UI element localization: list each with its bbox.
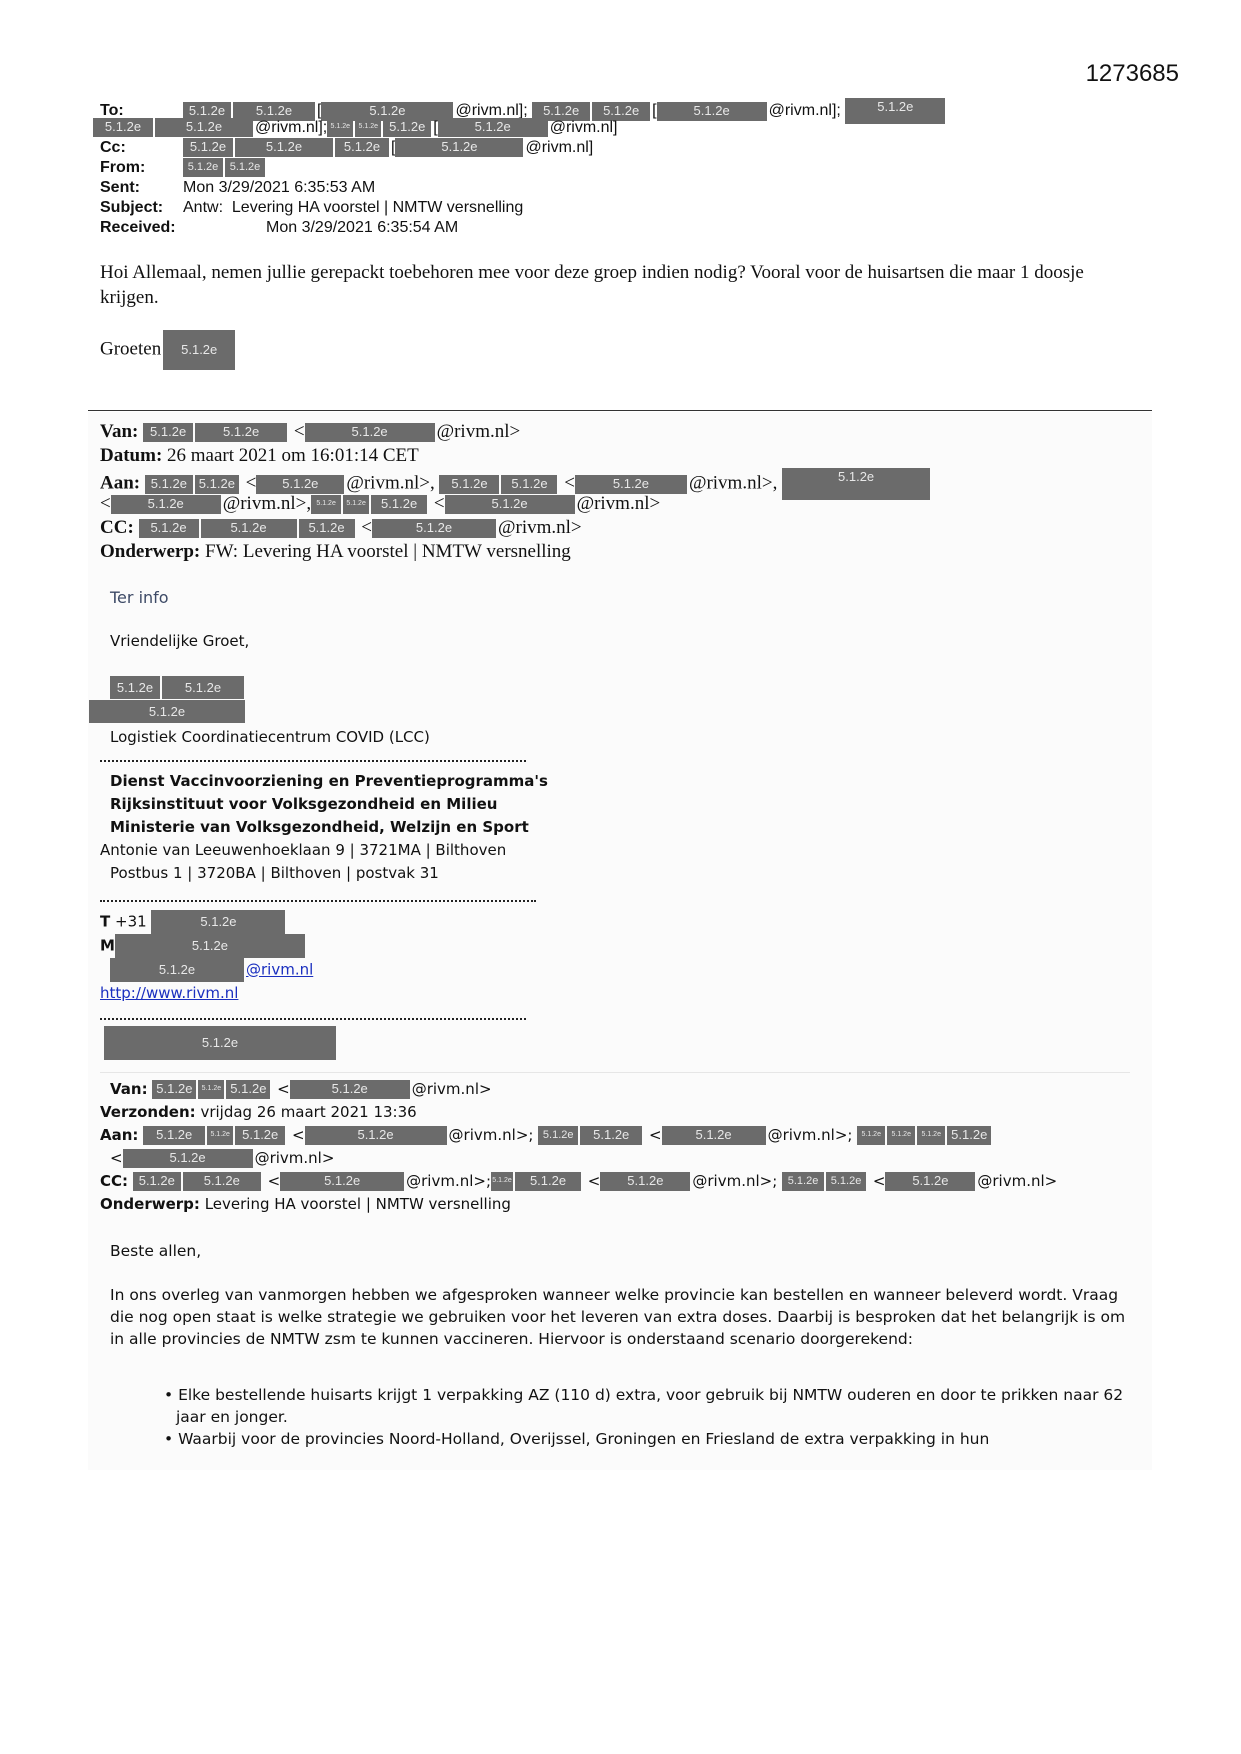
- document-number: 1273685: [1086, 60, 1179, 88]
- email2-cc-row: CC: 5.1.2e5.1.2e5.1.2e <5.1.2e@rivm.nl>: [100, 516, 582, 539]
- separator-line: [88, 410, 1152, 411]
- email3-bullets: • Elke bestellende huisarts krijgt 1 ver…: [110, 1384, 1140, 1450]
- redaction: 5.1.2e: [145, 475, 193, 494]
- email-domain: @rivm.nl>: [577, 493, 661, 514]
- redaction: 5.1.2e: [299, 519, 355, 538]
- redaction: 5.1.2e: [151, 910, 285, 934]
- redaction: 5.1.2e: [600, 1172, 690, 1191]
- subject-value: Levering HA voorstel | NMTW versnelling: [205, 1195, 511, 1213]
- redaction: 5.1.2e: [183, 158, 223, 177]
- email2-from-row: Van: 5.1.2e5.1.2e <5.1.2e@rivm.nl>: [100, 420, 520, 443]
- email-domain: @rivm.nl>;: [692, 1172, 777, 1190]
- received-label: Received:: [100, 218, 266, 238]
- email3-from-row: Van: 5.1.2e5.1.2e5.1.2e <5.1.2e@rivm.nl>: [110, 1078, 492, 1101]
- email-domain: @rivm.nl>;: [768, 1126, 853, 1144]
- email-domain: @rivm.nl>;: [406, 1172, 491, 1190]
- dotted-divider: [100, 900, 536, 902]
- redaction: 5.1.2e: [335, 138, 389, 157]
- signature-org-1: Dienst Vaccinvoorziening en Preventiepro…: [110, 770, 548, 793]
- redaction: 5.1.2e: [123, 1149, 253, 1168]
- redaction: 5.1.2e: [235, 138, 333, 157]
- email3-paragraph: In ons overleg van vanmorgen hebben we a…: [110, 1284, 1140, 1350]
- email2-greeting: Vriendelijke Groet,: [110, 630, 249, 653]
- separator-line: [100, 1072, 1130, 1073]
- email1-subject-row: Subject:Antw: Levering HA voorstel | NMT…: [100, 198, 523, 218]
- bullet-text: Elke bestellende huisarts krijgt 1 verpa…: [176, 1386, 1123, 1426]
- signature-org-2: Rijksinstituut voor Volksgezondheid en M…: [110, 793, 497, 816]
- email1-cc-row: Cc:5.1.2e5.1.2e5.1.2e[5.1.2e@rivm.nl]: [100, 138, 593, 158]
- email-domain: @rivm.nl];: [769, 102, 841, 119]
- cc-label: CC:: [100, 517, 134, 538]
- redaction: 5.1.2e: [93, 118, 153, 137]
- redaction: 5.1.2e: [183, 138, 233, 157]
- email2-to-row2: <5.1.2e@rivm.nl>,5.1.2e5.1.2e5.1.2e <5.1…: [100, 492, 660, 515]
- email-domain: @rivm.nl>,: [346, 472, 434, 493]
- email-domain: @rivm.nl>: [255, 1149, 335, 1167]
- redaction: 5.1.2e: [305, 423, 435, 442]
- email-domain: @rivm.nl>: [412, 1080, 492, 1098]
- redaction: 5.1.2e: [256, 475, 344, 494]
- signature-org-3: Ministerie van Volksgezondheid, Welzijn …: [110, 816, 529, 839]
- sent-value: vrijdag 26 maart 2021 13:36: [200, 1103, 416, 1121]
- redaction: 5.1.2e: [280, 1172, 404, 1191]
- redaction: 5.1.2e: [826, 1172, 866, 1191]
- redaction: 5.1.2e: [143, 1126, 205, 1145]
- subject-value: FW: Levering HA voorstel | NMTW versnell…: [205, 541, 571, 562]
- redaction: 5.1.2e: [662, 1126, 766, 1145]
- email-domain: @rivm.nl];: [455, 102, 527, 119]
- email2-date-row: Datum: 26 maart 2021 om 16:01:14 CET: [100, 444, 419, 467]
- redaction: 5.1.2e: [133, 1172, 181, 1191]
- redaction: 5.1.2e: [183, 1172, 261, 1191]
- to-label: Aan:: [100, 472, 140, 493]
- from-label: From:: [100, 158, 183, 178]
- subject-label: Onderwerp:: [100, 1195, 200, 1213]
- email1-from-row: From:5.1.2e5.1.2e: [100, 158, 267, 178]
- email3-subject-row: Onderwerp: Levering HA voorstel | NMTW v…: [100, 1193, 511, 1216]
- redaction: 5.1.2e: [782, 1172, 824, 1191]
- email-domain: @rivm.nl>: [977, 1172, 1057, 1190]
- email3-to-row2: <5.1.2e@rivm.nl>: [110, 1147, 334, 1170]
- email-domain: @rivm.nl>: [437, 421, 521, 442]
- redaction: 5.1.2e: [445, 495, 575, 514]
- signature-phone: T +31 5.1.2e: [100, 910, 287, 934]
- signature-email: 5.1.2e@rivm.nl: [110, 958, 313, 982]
- cc-label: Cc:: [100, 138, 183, 158]
- email-domain: @rivm.nl>,: [689, 472, 777, 493]
- phone-prefix: +31: [115, 913, 147, 931]
- redaction: 5.1.2e: [139, 519, 199, 538]
- from-label: Van:: [100, 421, 138, 442]
- email-domain: @rivm.nl]: [525, 139, 593, 156]
- redaction: 5.1.2e: [290, 1080, 410, 1099]
- email-domain: @rivm.nl>,: [223, 493, 311, 514]
- email-domain: @rivm.nl>;: [449, 1126, 534, 1144]
- signature-mobile: M5.1.2e: [100, 934, 307, 958]
- email3-to-row: Aan: 5.1.2e5.1.2e5.1.2e <5.1.2e@rivm.nl>…: [100, 1124, 993, 1147]
- redaction: 5.1.2e: [383, 118, 431, 137]
- email1-to-row2: 5.1.2e5.1.2e@rivm.nl];5.1.2e5.1.2e5.1.2e…: [93, 118, 618, 138]
- redaction: 5.1.2e: [438, 118, 548, 137]
- redaction: 5.1.2e: [343, 495, 369, 514]
- redaction: 5.1.2e: [235, 1126, 285, 1145]
- subject-value: Antw: Levering HA voorstel | NMTW versne…: [183, 199, 523, 216]
- subject-label: Onderwerp:: [100, 541, 200, 562]
- email2-signature-role: 5.1.2e: [89, 700, 247, 723]
- redaction: 5.1.2e: [501, 475, 557, 494]
- redacted-block: 5.1.2e: [104, 1026, 338, 1060]
- redaction: 5.1.2e: [152, 1080, 196, 1099]
- email1-sent-row: Sent:Mon 3/29/2021 6:35:53 AM: [100, 178, 375, 198]
- mobile-label: M: [100, 937, 115, 955]
- email2-subject-row: Onderwerp: FW: Levering HA voorstel | NM…: [100, 540, 571, 563]
- cc-label: CC:: [100, 1172, 128, 1190]
- redaction: 5.1.2e: [575, 475, 687, 494]
- redaction: 5.1.2e: [143, 423, 193, 442]
- redaction: 5.1.2e: [162, 676, 244, 699]
- redaction: 5.1.2e: [163, 330, 235, 370]
- redaction: 5.1.2e: [195, 475, 239, 494]
- redaction: 5.1.2e: [198, 1080, 224, 1099]
- dotted-divider: [100, 760, 526, 762]
- email3-greeting: Beste allen,: [110, 1240, 1140, 1262]
- redaction: 5.1.2e: [491, 1172, 513, 1191]
- from-label: Van:: [110, 1080, 148, 1098]
- closing-text: Groeten: [100, 338, 161, 359]
- redaction: 5.1.2e: [111, 495, 221, 514]
- signature-email-link[interactable]: @rivm.nl: [246, 961, 313, 979]
- redaction: 5.1.2e: [372, 519, 496, 538]
- sent-value: Mon 3/29/2021 6:35:53 AM: [183, 179, 375, 196]
- redaction: 5.1.2e: [515, 1172, 581, 1191]
- phone-label: T: [100, 913, 110, 931]
- signature-postal: Postbus 1 | 3720BA | Bilthoven | postvak…: [110, 862, 439, 885]
- redaction: 5.1.2e: [110, 958, 244, 982]
- redaction: 5.1.2e: [327, 118, 353, 137]
- redaction: 5.1.2e: [89, 700, 245, 723]
- email1-body: Hoi Allemaal, nemen jullie gerepackt toe…: [100, 260, 1140, 310]
- redaction: 5.1.2e: [110, 676, 160, 699]
- redaction: 5.1.2e: [225, 158, 265, 177]
- date-label: Datum:: [100, 445, 162, 466]
- redaction: 5.1.2e: [115, 934, 305, 958]
- redaction: 5.1.2e: [857, 1126, 885, 1145]
- redaction: 5.1.2e: [782, 468, 930, 500]
- bullet-text: Waarbij voor de provincies Noord-Holland…: [178, 1430, 989, 1448]
- email2-intro: Ter info: [110, 586, 169, 609]
- subject-label: Subject:: [100, 198, 183, 218]
- dotted-divider: [100, 1018, 526, 1020]
- email3-cc-row: CC: 5.1.2e5.1.2e <5.1.2e@rivm.nl>;5.1.2e…: [100, 1170, 1057, 1193]
- redaction: 5.1.2e: [305, 1126, 447, 1145]
- redaction: 5.1.2e: [104, 1026, 336, 1060]
- signature-unit: Logistiek Coordinatiecentrum COVID (LCC): [110, 726, 430, 749]
- redaction: 5.1.2e: [885, 1172, 975, 1191]
- sent-label: Verzonden:: [100, 1103, 196, 1121]
- redaction: 5.1.2e: [155, 118, 253, 137]
- email2-signature-name: 5.1.2e5.1.2e: [110, 676, 246, 699]
- redaction: 5.1.2e: [947, 1126, 991, 1145]
- redaction: 5.1.2e: [887, 1126, 915, 1145]
- bullet-item: • Waarbij voor de provincies Noord-Holla…: [158, 1428, 1140, 1450]
- redaction: 5.1.2e: [311, 495, 341, 514]
- signature-address: Antonie van Leeuwenhoeklaan 9 | 3721MA |…: [100, 839, 506, 862]
- email3-sent-row: Verzonden: vrijdag 26 maart 2021 13:36: [100, 1101, 417, 1124]
- redaction: 5.1.2e: [580, 1126, 642, 1145]
- date-value: 26 maart 2021 om 16:01:14 CET: [167, 445, 419, 466]
- redaction: 5.1.2e: [845, 98, 945, 124]
- website-link[interactable]: http://www.rivm.nl: [100, 984, 238, 1002]
- redaction: 5.1.2e: [439, 475, 499, 494]
- to-label: Aan:: [100, 1126, 138, 1144]
- email1-closing: Groeten5.1.2e: [100, 330, 237, 370]
- signature-website: http://www.rivm.nl: [100, 982, 238, 1005]
- redaction: 5.1.2e: [207, 1126, 233, 1145]
- bullet-item: • Elke bestellende huisarts krijgt 1 ver…: [158, 1384, 1140, 1428]
- redaction: 5.1.2e: [201, 519, 297, 538]
- redaction: 5.1.2e: [657, 102, 767, 121]
- email1-received-row: Received:Mon 3/29/2021 6:35:54 AM: [100, 218, 458, 238]
- redaction: 5.1.2e: [355, 118, 381, 137]
- redaction: 5.1.2e: [195, 423, 287, 442]
- redaction: 5.1.2e: [371, 495, 427, 514]
- redaction: 5.1.2e: [226, 1080, 270, 1099]
- received-value: Mon 3/29/2021 6:35:54 AM: [266, 219, 458, 236]
- email-domain: @rivm.nl>: [498, 517, 582, 538]
- redaction: 5.1.2e: [538, 1126, 578, 1145]
- redaction: 5.1.2e: [395, 138, 523, 157]
- sent-label: Sent:: [100, 178, 183, 198]
- redaction: 5.1.2e: [917, 1126, 945, 1145]
- email-domain: @rivm.nl];: [255, 119, 327, 136]
- email-domain: @rivm.nl]: [550, 119, 618, 136]
